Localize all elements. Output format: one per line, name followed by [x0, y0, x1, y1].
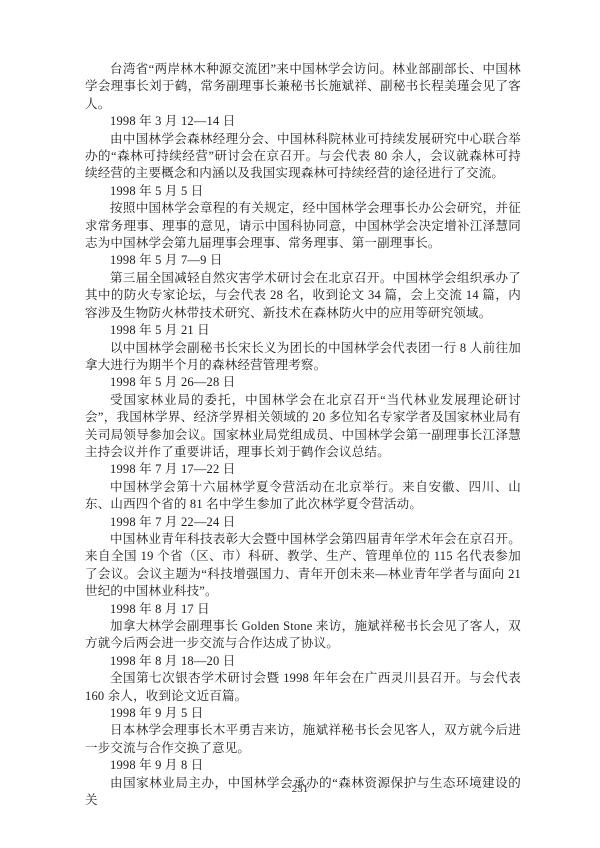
entry-paragraph: 中国林学会第十六届林学夏令营活动在北京举行。来自安徽、四川、山东、山西四个省的 …: [85, 479, 521, 514]
entry-paragraph: 由中国林学会森林经理分会、中国林科院林业可持续发展研究中心联合举办的“森林可持续…: [85, 131, 521, 183]
chronicle-text-block: 台湾省“两岸林木种源交流团”来中国林学会访问。林业部副部长、中国林学会理事长刘于…: [85, 61, 521, 809]
date-line: 1998 年 9 月 8 日: [85, 757, 521, 774]
date-line: 1998 年 9 月 5 日: [85, 705, 521, 722]
date-line: 1998 年 7 月 22—24 日: [85, 514, 521, 531]
entry-paragraph: 第三届全国减轻自然灾害学术研讨会在北京召开。中国林学会组织承办了其中的防火专家论…: [85, 270, 521, 322]
entry-paragraph: 台湾省“两岸林木种源交流团”来中国林学会访问。林业部副部长、中国林学会理事长刘于…: [85, 61, 521, 113]
entry-paragraph: 日本林学会理事长木平勇吉来访，施斌祥秘书长会见客人，双方就今后进一步交流与合作交…: [85, 722, 521, 757]
date-line: 1998 年 5 月 26—28 日: [85, 374, 521, 391]
date-line: 1998 年 5 月 5 日: [85, 183, 521, 200]
date-line: 1998 年 5 月 7—9 日: [85, 252, 521, 269]
date-line: 1998 年 5 月 21 日: [85, 322, 521, 339]
entry-paragraph: 受国家林业局的委托，中国林学会在北京召开“当代林业发展理论研讨会”，我国林学界、…: [85, 392, 521, 462]
date-line: 1998 年 3 月 12—14 日: [85, 113, 521, 130]
date-line: 1998 年 8 月 18—20 日: [85, 653, 521, 670]
entry-paragraph: 全国第七次银杏学术研讨会暨 1998 年年会在广西灵川县召开。与会代表 160 …: [85, 670, 521, 705]
document-page: 台湾省“两岸林木种源交流团”来中国林学会访问。林业部副部长、中国林学会理事长刘于…: [0, 0, 600, 848]
entry-paragraph: 按照中国林学会章程的有关规定，经中国林学会理事长办公会研究，并征求常务理事、理事…: [85, 200, 521, 252]
entry-paragraph: 中国林业青年科技表彰大会暨中国林学会第四届青年学术年会在京召开。来自全国 19 …: [85, 531, 521, 601]
date-line: 1998 年 8 月 17 日: [85, 601, 521, 618]
entry-paragraph: 以中国林学会副秘书长宋长义为团长的中国林学会代表团一行 8 人前往加拿大进行为期…: [85, 340, 521, 375]
date-line: 1998 年 7 月 17—22 日: [85, 461, 521, 478]
entry-paragraph: 加拿大林学会副理事长 Golden Stone 来访，施斌祥秘书长会见了客人，双…: [85, 618, 521, 653]
page-number: 231: [0, 783, 600, 795]
